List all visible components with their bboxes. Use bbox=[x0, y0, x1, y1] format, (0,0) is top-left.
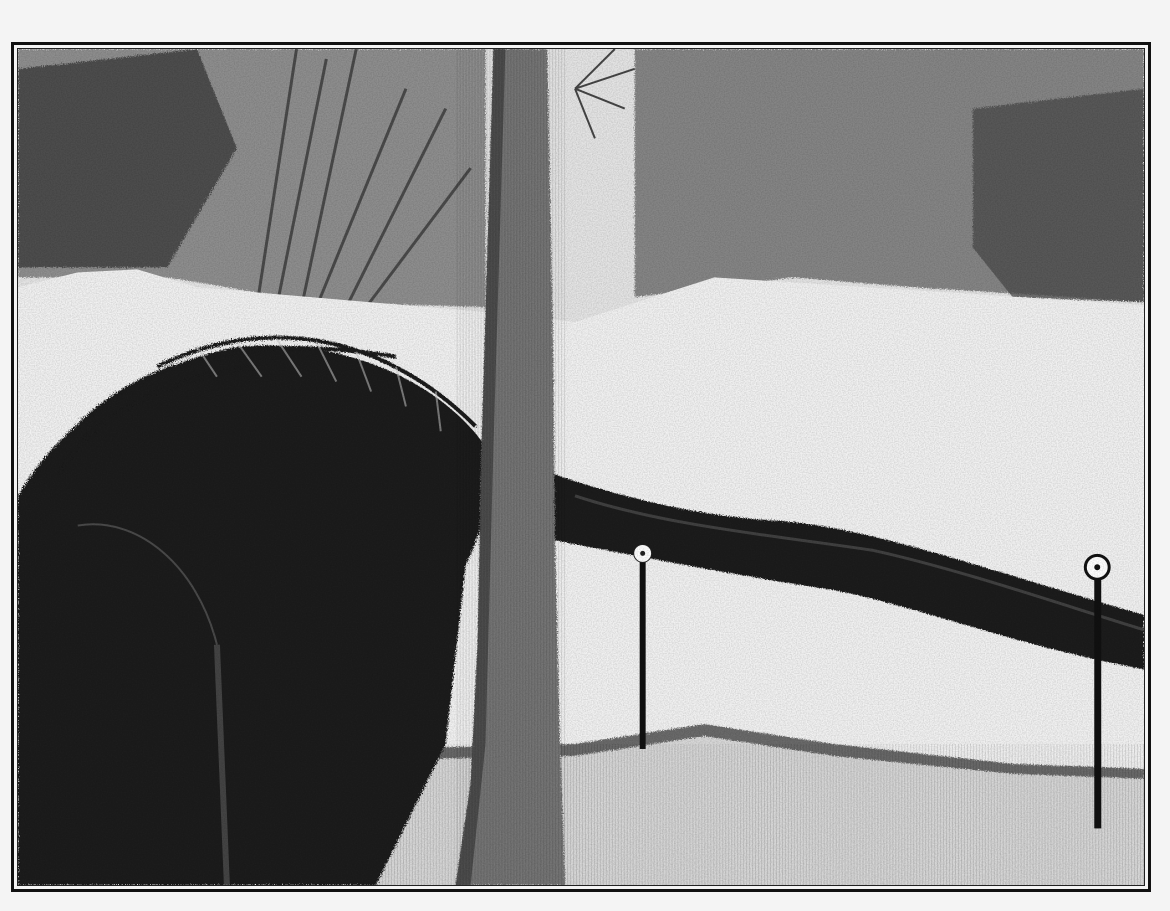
print-grain bbox=[18, 49, 1144, 885]
photo-scene bbox=[18, 49, 1144, 885]
photo-plate bbox=[17, 48, 1145, 886]
photo-plate-frame bbox=[11, 42, 1151, 892]
